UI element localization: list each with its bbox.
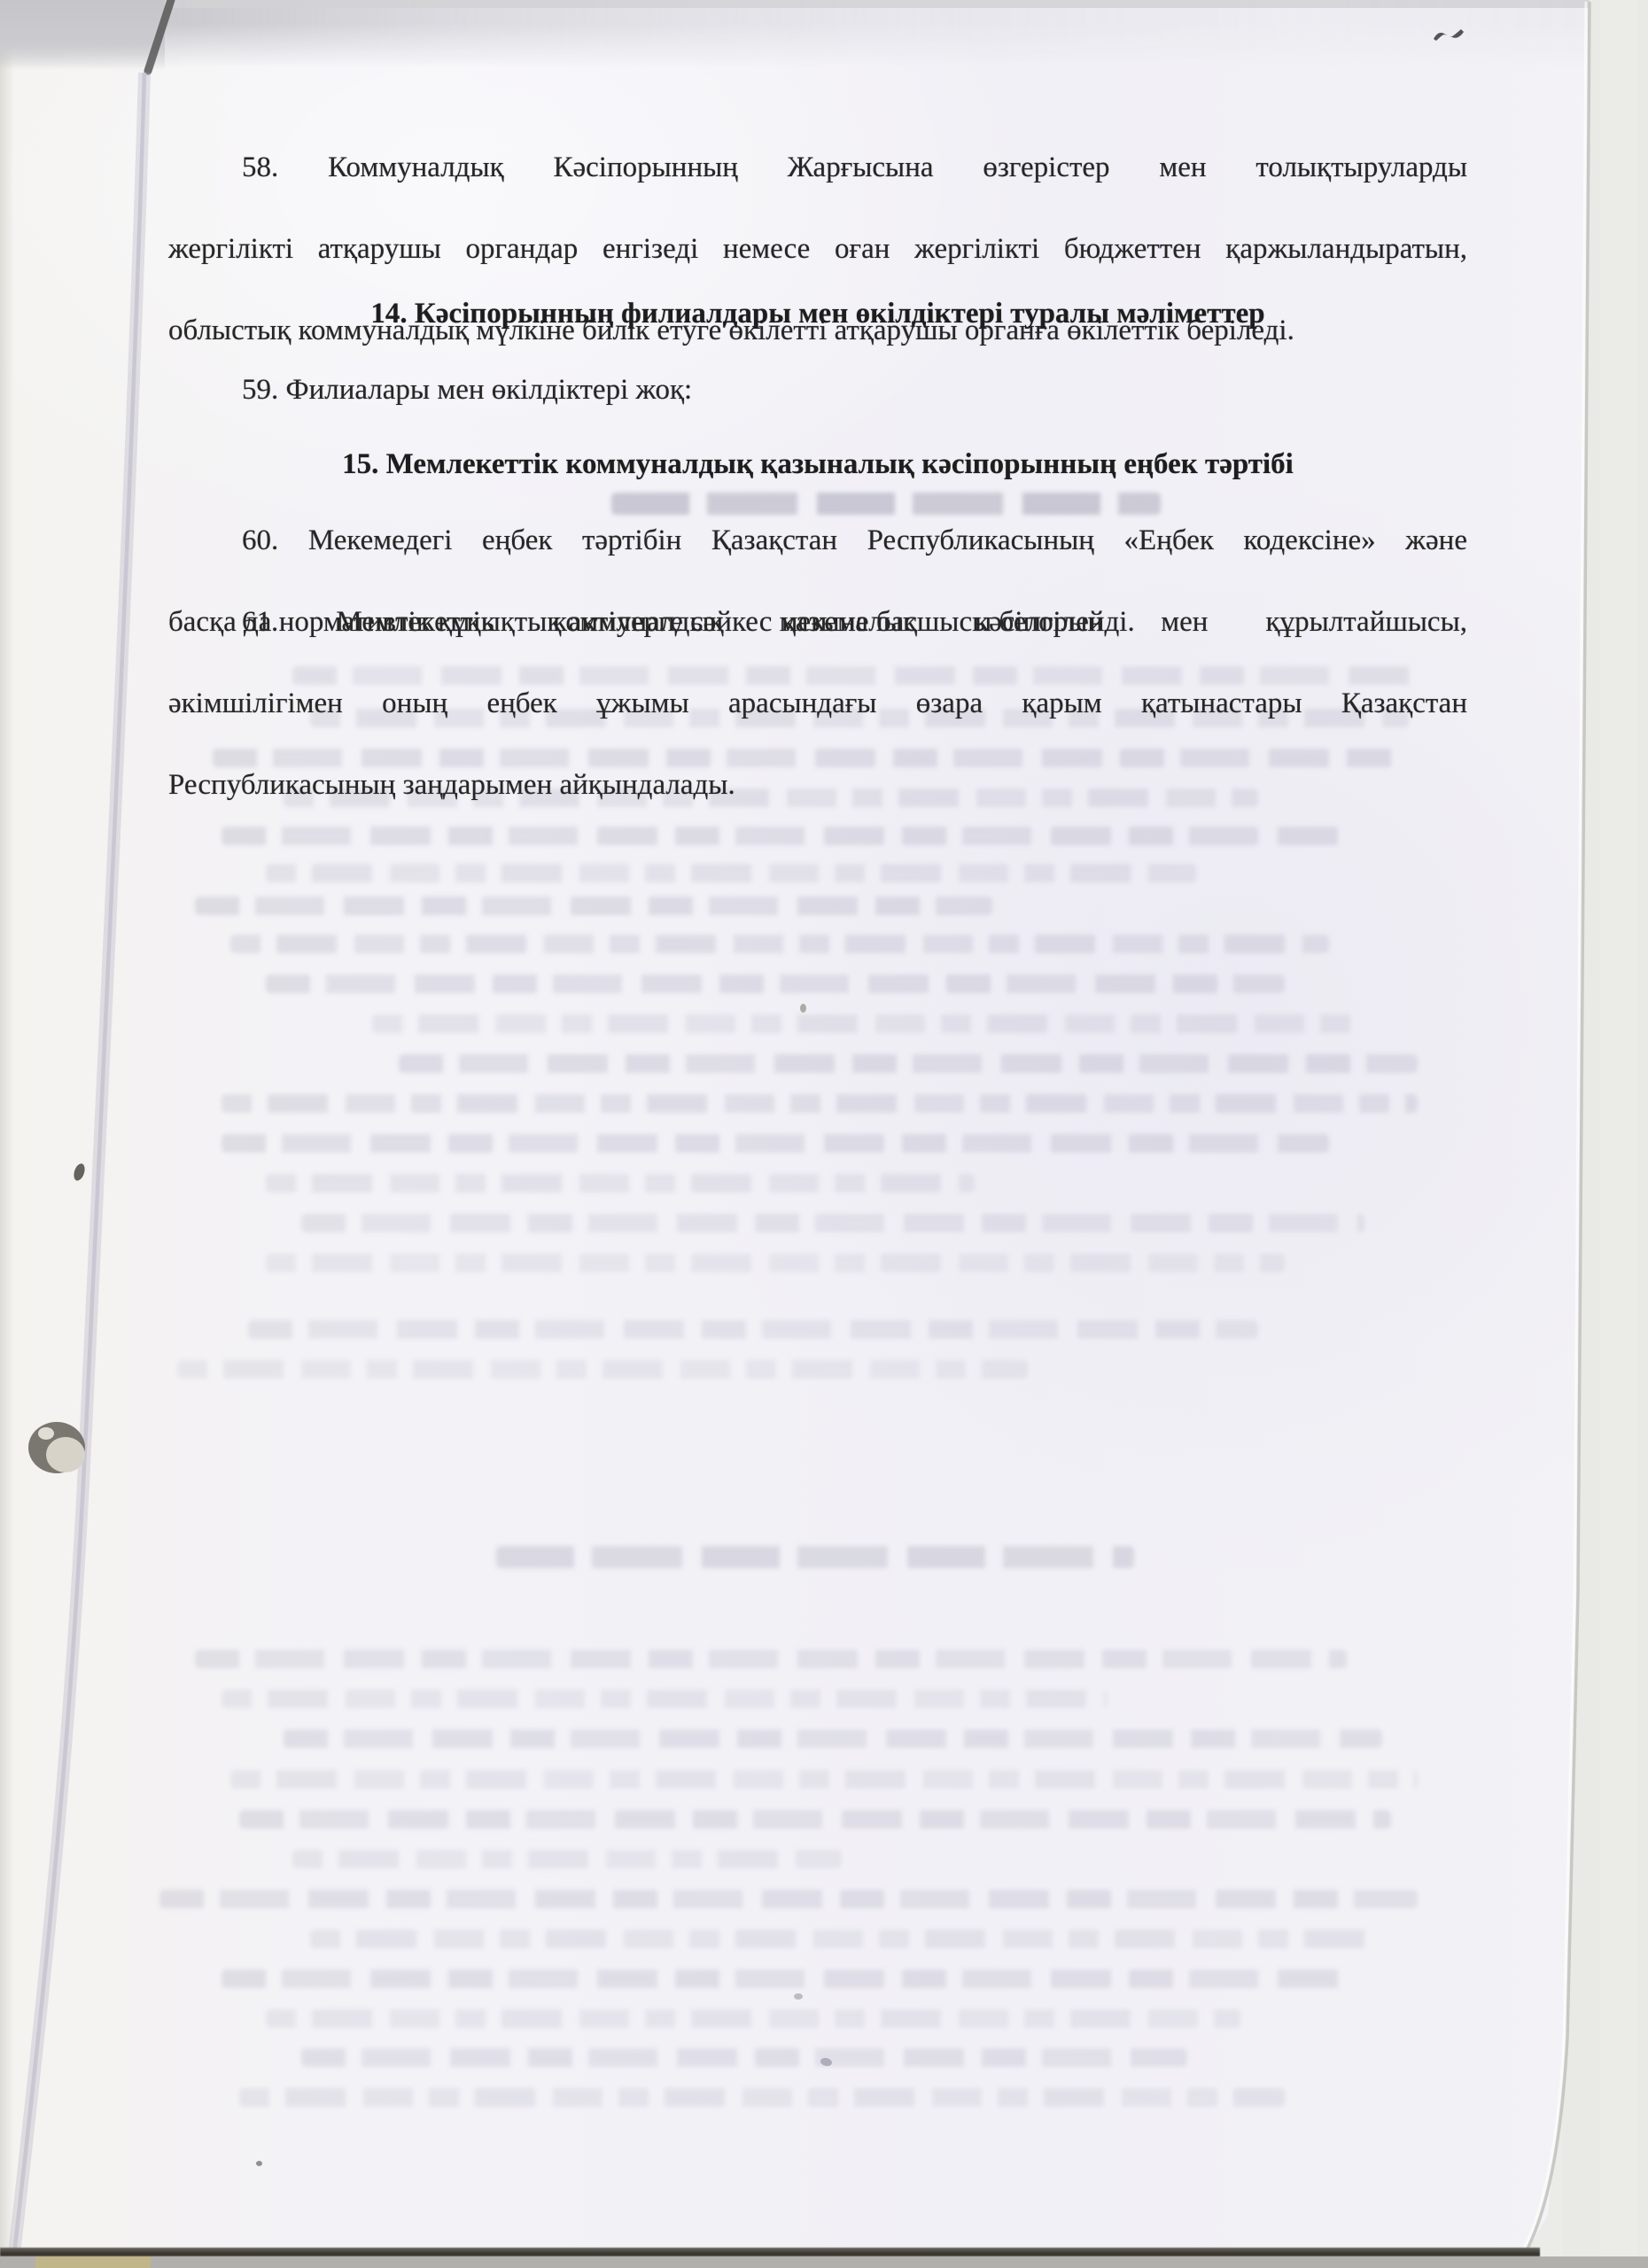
bleedthrough-line	[222, 827, 1356, 845]
document-line: 58. Коммуналдық Кәсіпорынның Жарғысына ө…	[168, 147, 1467, 229]
ink-speck	[800, 1004, 806, 1013]
page-left-shadow	[0, 0, 14, 2254]
bleedthrough-line	[301, 2048, 1187, 2067]
bleedthrough-line	[611, 493, 1161, 515]
section-heading: 15. Мемлекеттік коммуналдық қазыналық кә…	[168, 444, 1467, 485]
bleedthrough-line	[266, 2009, 1240, 2028]
bleedthrough-line	[222, 1969, 1356, 1988]
bleedthrough-line	[284, 1729, 1382, 1748]
bleedthrough-line	[292, 1850, 842, 1868]
scanned-page-screenshot: 58. Коммуналдық Кәсіпорынның Жарғысына ө…	[0, 0, 1648, 2268]
bleedthrough-line	[159, 1890, 1418, 1908]
bleedthrough-line	[230, 935, 1329, 953]
section-heading: 14. Кәсіпорынның филиалдары мен өкілдікт…	[168, 293, 1467, 334]
bleedthrough-line	[177, 1360, 1028, 1379]
bleedthrough-line	[496, 1546, 1134, 1568]
page-bottom-edge	[0, 2248, 1540, 2256]
bleedthrough-line	[230, 1770, 1418, 1789]
scan-top-shadow	[0, 0, 1648, 67]
bleedthrough-line	[310, 1930, 1373, 1948]
ink-speck	[72, 1162, 87, 1182]
bleedthrough-line	[222, 1094, 1418, 1113]
bleedthrough-line	[372, 1014, 1364, 1033]
ink-speck	[794, 1993, 803, 2000]
bleedthrough-line	[266, 975, 1285, 993]
document-line: 59. Филиалары мен өкілдіктері жоқ:	[168, 369, 1467, 410]
bleedthrough-line	[222, 1134, 1329, 1153]
bleedthrough-line	[266, 864, 1196, 882]
bleedthrough-line	[266, 1254, 1285, 1272]
scan-top-edge-strip	[165, 0, 1648, 8]
bleedthrough-line	[266, 1174, 975, 1192]
bleedthrough-line	[239, 1810, 1391, 1829]
ink-speck	[256, 2161, 262, 2166]
bleedthrough-line	[222, 1689, 1108, 1708]
bleedthrough-line	[239, 2088, 1285, 2107]
scanner-bottom-strip	[0, 2256, 1648, 2268]
document-line: Республикасының заңдарымен айқындалады.	[168, 765, 1467, 805]
scan-top-left-shadow	[0, 0, 165, 71]
paragraph: 61. Мемлекеттік коммуналдық қазыналық кә…	[168, 602, 1467, 805]
bleedthrough-line	[301, 1214, 1364, 1232]
document-line: 60. Мекемедегі еңбек тәртібін Қазақстан …	[168, 520, 1467, 602]
bleedthrough-line	[195, 897, 992, 915]
bleedthrough-line	[248, 1320, 1258, 1339]
paragraph: 59. Филиалары мен өкілдіктері жоқ:	[168, 369, 1467, 410]
document-line: әкімшілігімен оның еңбек ұжымы арасындағ…	[168, 683, 1467, 765]
scanned-page: 58. Коммуналдық Кәсіпорынның Жарғысына ө…	[0, 0, 1648, 2268]
bleedthrough-line	[399, 1054, 1418, 1073]
bleedthrough-line	[195, 1650, 1347, 1668]
document-line: 61. Мемлекеттік коммуналдық қазыналық кә…	[168, 602, 1467, 683]
scanner-bottom-tint	[35, 2256, 151, 2268]
